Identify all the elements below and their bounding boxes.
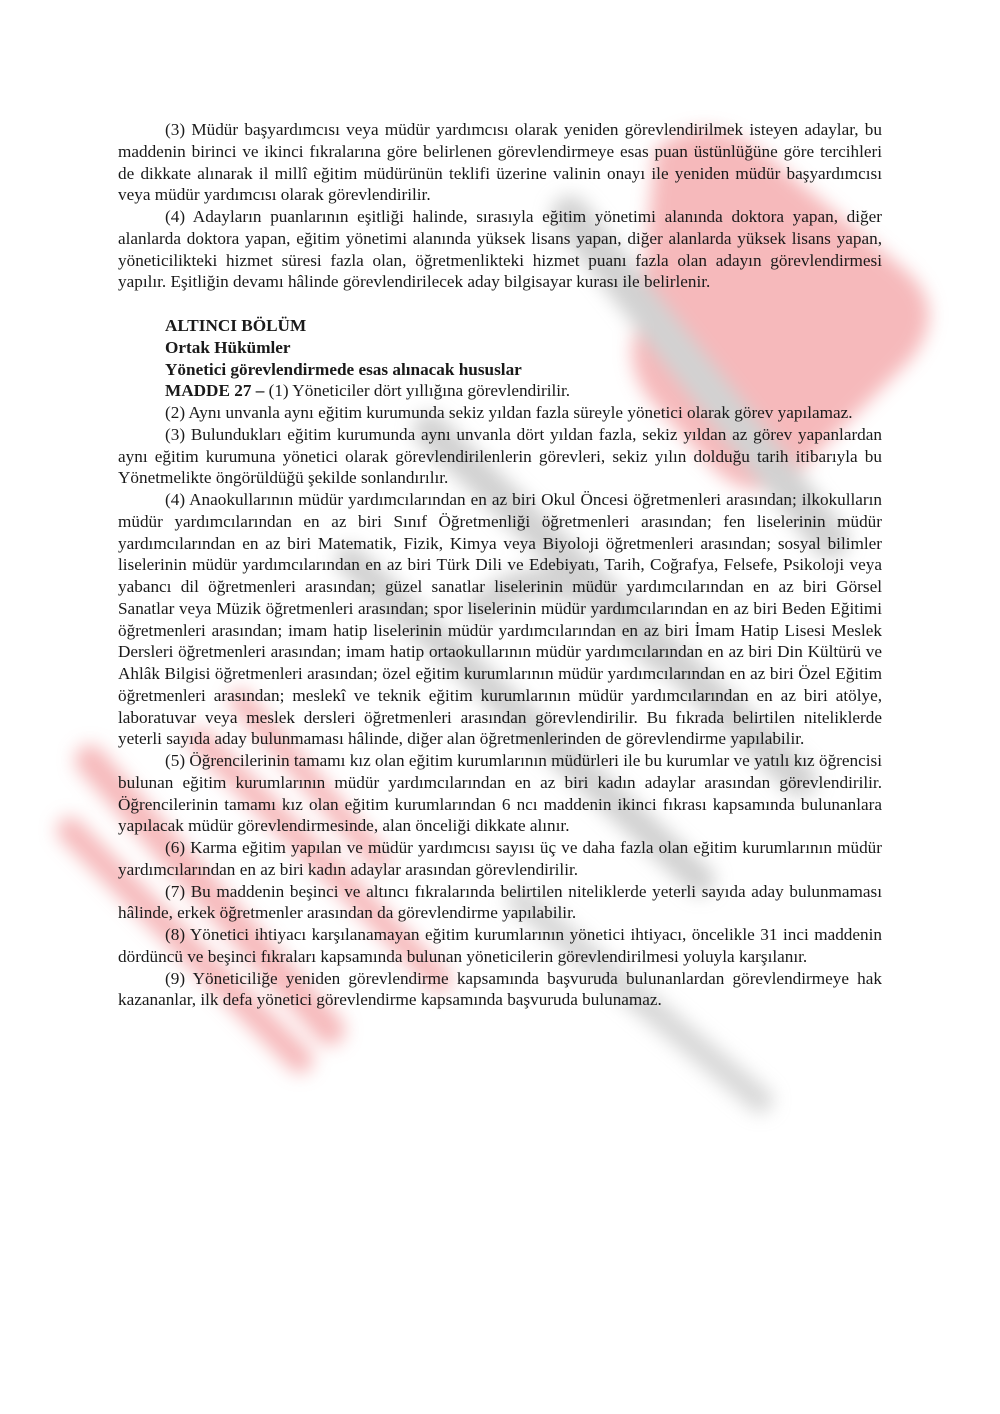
section-heading: ALTINCI BÖLÜM Ortak Hükümler: [118, 315, 882, 359]
article-clause-6: (6) Karma eğitim yapılan ve müdür yardım…: [118, 837, 882, 881]
paragraph-3: (3) Müdür başyardımcısı veya müdür yardı…: [118, 119, 882, 206]
section-title: ALTINCI BÖLÜM: [118, 315, 882, 337]
document-page: (3) Müdür başyardımcısı veya müdür yardı…: [118, 119, 882, 1011]
article-clause-4: (4) Anaokullarının müdür yardımcılarında…: [118, 489, 882, 750]
article-label: MADDE 27 –: [165, 381, 264, 400]
article-clause-9: (9) Yöneticiliğe yeniden görevlendirme k…: [118, 968, 882, 1012]
article-clause-2: (2) Aynı unvanla aynı eğitim kurumunda s…: [118, 402, 882, 424]
article-clause-3: (3) Bulundukları eğitim kurumunda aynı u…: [118, 424, 882, 489]
article-clause-8: (8) Yönetici ihtiyacı karşılanamayan eği…: [118, 924, 882, 968]
article-clause-1: MADDE 27 – (1) Yöneticiler dört yıllığın…: [118, 380, 882, 402]
article-clause-5: (5) Öğrencilerinin tamamı kız olan eğiti…: [118, 750, 882, 837]
article-clause-7: (7) Bu maddenin beşinci ve altıncı fıkra…: [118, 881, 882, 925]
article-title: Yönetici görevlendirmede esas alınacak h…: [118, 359, 882, 381]
article-clause-1-text: (1) Yöneticiler dört yıllığına görevlend…: [264, 381, 570, 400]
paragraph-4: (4) Adayların puanlarının eşitliği halin…: [118, 206, 882, 293]
section-subtitle: Ortak Hükümler: [118, 337, 882, 359]
